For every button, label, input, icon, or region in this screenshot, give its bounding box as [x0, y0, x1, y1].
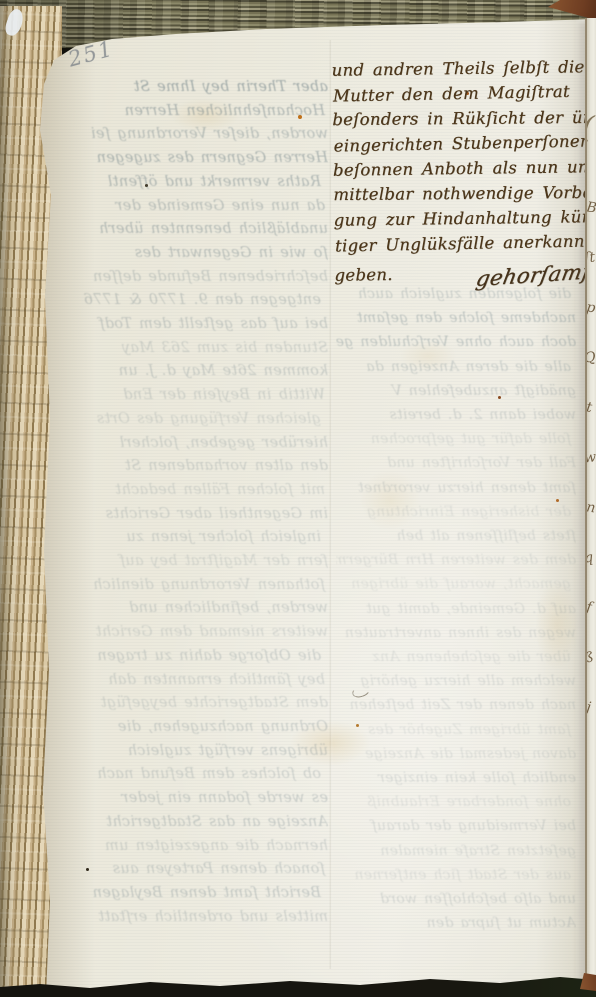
- adjacent-page-ink-fragments: BſtpQtwnqfßj: [585, 200, 596, 750]
- edge-flourish-mark: (: [585, 109, 596, 145]
- showthrough-line: wobei dann 2. d. bereits: [336, 403, 576, 427]
- showthrough-line: und alſo beſchloſſen word: [336, 887, 576, 911]
- showthrough-line: ingleich ſolcher jenen zu: [54, 526, 321, 550]
- showthrough-line: mit ſolchen Fällen bedacht: [54, 479, 325, 503]
- showthrough-line: beſchriebenen Befunde deſſen: [54, 266, 328, 290]
- showthrough-line: gemacht, worauf die übrigen: [336, 572, 571, 596]
- manuscript-recto-page: 251 aber Therin bey Ihme StHochanſehnlic…: [0, 0, 596, 997]
- showthrough-line: alle die deren Anzeigen da: [336, 355, 571, 379]
- showthrough-line: gnädigſt anzubefehlen V: [336, 379, 576, 403]
- showthrough-line: ſothanen Verordnung dienlich: [54, 574, 325, 598]
- ink-fragment: n: [585, 499, 596, 550]
- showthrough-line: ſonach denen Parteyen aus: [54, 858, 325, 882]
- showthrough-line: auf d. Gemeinde, damit gut: [336, 597, 576, 621]
- showthrough-line: nachdeme ſolche den geſamt: [336, 306, 576, 330]
- ink-text-line: mittelbar nothwendige Vorbeu: [333, 180, 589, 207]
- ink-fragment: t: [585, 399, 596, 450]
- showthrough-line: weiters niemand dem Gericht: [54, 621, 328, 645]
- handwritten-ink-paragraph: und andren Theils ſelbſt die EhMutter de…: [331, 54, 590, 288]
- showthrough-line: bei auf das geſtellt dem Todf: [54, 313, 328, 337]
- ink-fragment: j: [585, 699, 596, 750]
- showthrough-line: Bericht ſamt denen Beylagen: [54, 882, 321, 906]
- showthrough-line: Ordnung nachzugehen, die: [54, 716, 328, 740]
- ink-text-line: beſonnen Anboth als nun un: [333, 154, 589, 183]
- ink-text-line: tiger Unglüksfälle anerkannt: [335, 228, 591, 258]
- showthrough-line: da nun eine Gemeinde der: [54, 195, 325, 219]
- showthrough-line: ſamt übrigem Zugehör des: [336, 718, 571, 742]
- showthrough-line: ſtets befliſſenen alt beh: [336, 524, 576, 548]
- showthrough-line: entgegen den 9. 1770 & 1776: [54, 289, 321, 313]
- showthrough-line: nach denen der Zeit beſtehen: [336, 693, 576, 717]
- showthrough-line: es werde ſodann ein jeder: [54, 787, 328, 811]
- showthrough-line: mittels und ordentlich erſtatt: [54, 906, 328, 930]
- showthrough-line: im Gegentheil aber Gerichts: [54, 503, 328, 527]
- ink-fragment: ß: [585, 649, 596, 700]
- showthrough-line: der bisherigen Einrichtung: [336, 500, 571, 524]
- showthrough-line: endlich ſolle kein einziger: [336, 766, 576, 790]
- showthrough-line: davon jedesmal die Anzeige: [336, 742, 576, 766]
- closing-word: geben.: [334, 262, 393, 288]
- showthrough-line: Anzeige an das Stadtgericht: [54, 811, 328, 835]
- showthrough-line: ſamt denen hierzu verordnet: [336, 476, 576, 500]
- signature-flourish: gehorſamſt: [473, 259, 596, 292]
- showthrough-line: Wittib in Beyſein der End: [54, 384, 325, 408]
- showthrough-line: Hochanſehnlichen Herren: [54, 100, 325, 124]
- showthrough-line: Fall der Vorſchriften und: [336, 451, 576, 475]
- ink-lines: und andren Theils ſelbſt die EhMutter de…: [331, 54, 590, 258]
- ink-fragment: w: [585, 449, 596, 500]
- showthrough-line: die Obſorge dahin zu tragen: [54, 645, 321, 669]
- ink-fragment: q: [585, 549, 596, 600]
- showthrough-line: über die geſchehenen Anz: [336, 645, 571, 669]
- showthrough-line: geſetzten Strafe niemalen: [336, 839, 576, 863]
- showthrough-line: Herren Gegnern des zugegen: [54, 147, 328, 171]
- verso-showthrough-right-column: die folgenden zugleich auchnachdeme ſolc…: [336, 282, 576, 938]
- showthrough-line: hierüber gegeben, ſolcherl: [54, 432, 328, 456]
- showthrough-line: aus der Stadt ſich entfernen: [336, 863, 571, 887]
- showthrough-line: bei Vermeidung der darauf: [336, 814, 576, 838]
- ink-fragment: p: [585, 299, 596, 350]
- ink-fragment: f: [585, 599, 596, 650]
- scanned-manuscript-photo: 251 aber Therin bey Ihme StHochanſehnlic…: [0, 0, 596, 997]
- showthrough-line: kommen 26te May d. J. un: [54, 360, 328, 384]
- showthrough-line: hernach die angezeigten um: [54, 835, 328, 859]
- showthrough-line: bey ſämtlich ernannten dah: [54, 669, 325, 693]
- showthrough-line: dem des weiteren Hrn Bürgerm: [336, 548, 576, 572]
- ink-closing-row: geben. gehorſamſt: [334, 254, 590, 288]
- showthrough-line: wegen des ihnen anvertrauten: [336, 621, 576, 645]
- showthrough-line: übrigens verfügt zugleich: [54, 740, 328, 764]
- showthrough-line: werden, befindlichen und: [54, 597, 328, 621]
- ink-text-line: beſonders in Rükſicht der ün: [332, 105, 588, 132]
- ink-text-line: eingerichten Stubenperſonen w: [333, 128, 589, 158]
- showthrough-line: unabläßlich benennten überh: [54, 218, 328, 242]
- ink-fragment: B: [585, 199, 596, 250]
- showthrough-line: ſo wie in Gegenwart des: [54, 242, 328, 266]
- showthrough-line: doch auch ohne Verſchulden ge: [336, 330, 576, 354]
- ink-fragment: Q: [585, 349, 596, 400]
- showthrough-line: ob ſolches dem Befund nach: [54, 763, 321, 787]
- ink-fragment: ſt: [585, 249, 596, 300]
- showthrough-line: aber Therin bey Ihme St: [54, 76, 328, 100]
- showthrough-line: worden, dieſer Verordnung ſei: [54, 123, 328, 147]
- showthrough-line: Stunden bis zum 263 May: [54, 337, 328, 361]
- showthrough-line: ſolle dafür gut geſprochen: [336, 427, 571, 451]
- adjacent-page-edge-strip: ( BſtpQtwnqfßj: [585, 18, 596, 989]
- showthrough-line: gleichen Verfügung des Orts: [54, 408, 321, 432]
- showthrough-line: ohne ſonderbare Erlaubniß: [336, 790, 571, 814]
- showthrough-line: den alten vorhandenen St: [54, 455, 328, 479]
- showthrough-line: Actum ut ſupra den: [336, 911, 576, 935]
- showthrough-line: Raths vermerkt und öffentl: [54, 171, 321, 195]
- verso-showthrough-left-column: aber Therin bey Ihme StHochanſehnlichen …: [54, 76, 328, 932]
- ink-text-line: Mutter den dem Magiſtrat: [333, 78, 589, 108]
- showthrough-line: fern der Magiſtrat bey auf: [54, 550, 328, 574]
- showthrough-line: dem Stadtgerichte beygefügt: [54, 692, 328, 716]
- showthrough-line: welchem alle hierzu gehörig: [336, 669, 576, 693]
